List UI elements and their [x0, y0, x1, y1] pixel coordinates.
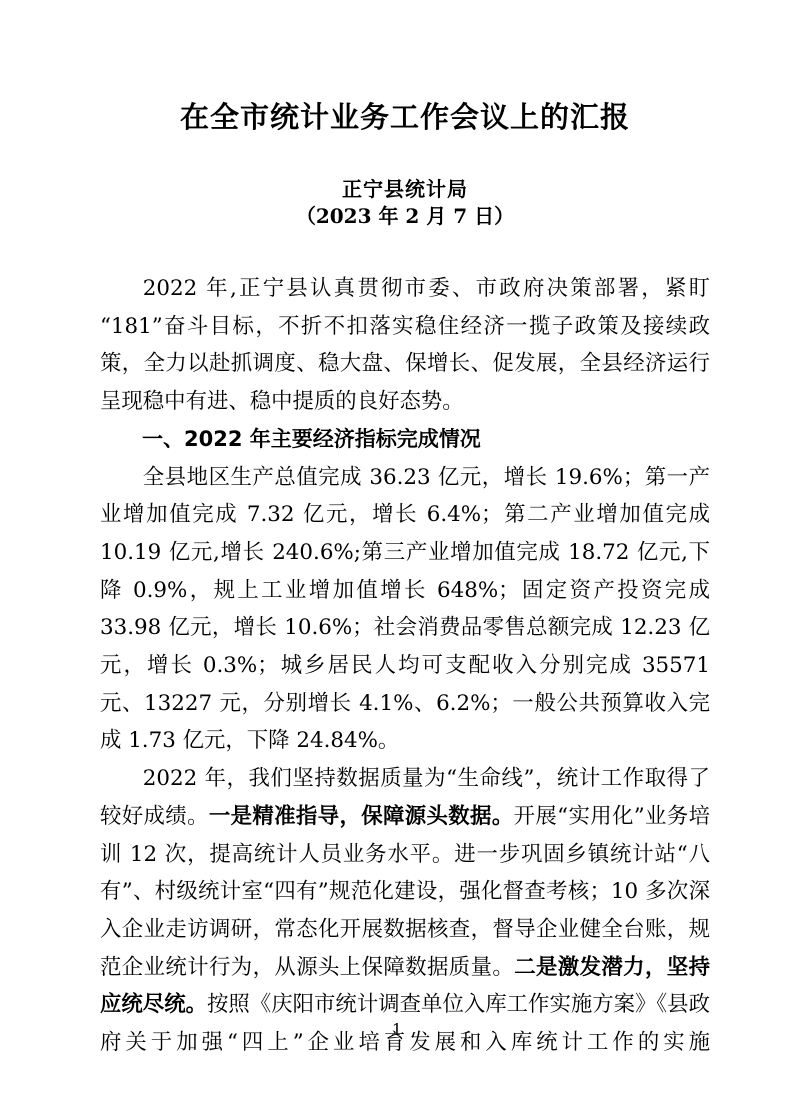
paragraph-intro: 2022 年,正宁县认真贯彻市委、市政府决策部署，紧盯“181”奋斗目标，不折不… [100, 270, 710, 421]
page-number: 1 [0, 1020, 794, 1040]
paragraph-work-review: 2022 年，我们坚持数据质量为“生命线”，统计工作取得了较好成绩。一是精准指导… [100, 760, 710, 1062]
document-body: 2022 年,正宁县认真贯彻市委、市政府决策部署，紧盯“181”奋斗目标，不折不… [100, 270, 710, 1062]
work-review-seg3: 开展“实用化”业务培训 12 次，提高统计人员业务水平。进一步巩固乡镇统计站“八… [100, 804, 710, 980]
document-content: 在全市统计业务工作会议上的汇报 正宁县统计局 （2023 年 2 月 7 日） … [100, 0, 710, 1062]
document-title: 在全市统计业务工作会议上的汇报 [100, 99, 710, 136]
document-page: 在全市统计业务工作会议上的汇报 正宁县统计局 （2023 年 2 月 7 日） … [0, 0, 794, 1108]
work-review-point1-bold: 一是精准指导，保障源头数据。 [209, 804, 514, 829]
section-heading-1: 一、2022 年主要经济指标完成情况 [100, 421, 710, 459]
organization-line: 正宁县统计局 [100, 176, 710, 203]
paragraph-indicators: 全县地区生产总值完成 36.23 亿元，增长 19.6%；第一产业增加值完成 7… [100, 459, 710, 761]
date-line: （2023 年 2 月 7 日） [100, 203, 710, 230]
